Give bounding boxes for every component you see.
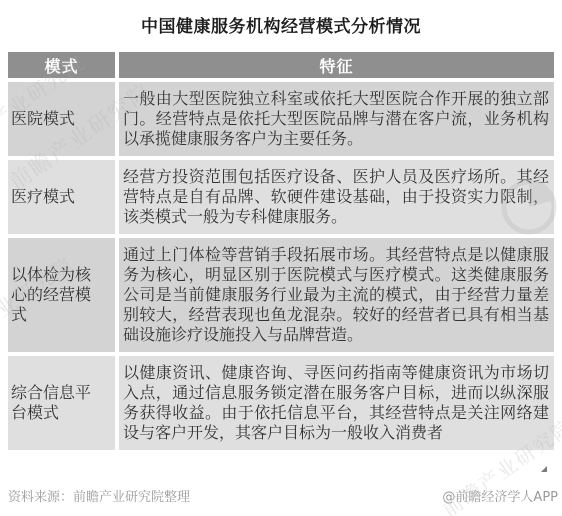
table-row-checkup-core-model: 以体检为核心的经营模式 通过上门体检等营销手段拓展市场。其经营特点是以健康服务为…	[8, 238, 554, 352]
column-header-feature: 特征	[119, 52, 554, 78]
corner-mark	[541, 466, 547, 472]
feature-cell: 经营方投资范围包括医疗设备、医护人员及医疗场所。其经营特点是自有品牌、软硬件建设…	[119, 160, 554, 234]
table-row-medical-model: 医疗模式 经营方投资范围包括医疗设备、医护人员及医疗场所。其经营特点是自有品牌、…	[8, 160, 554, 234]
table-header-row: 模式 特征	[8, 52, 554, 78]
feature-cell: 以健康资讯、健康咨询、寻医问药指南等健康资讯为市场切入点，通过信息服务锁定潜在服…	[119, 356, 554, 450]
footer: 资料来源：前瞻产业研究院整理 @前瞻经济学人APP	[8, 486, 558, 505]
infographic-page: 前瞻产业研究院 前瞻产业研究院 前瞻产业研究院 前瞻产业研究院 中国健康服务机构…	[0, 0, 562, 516]
feature-cell: 一般由大型医院独立科室或依托大型医院合作开展的独立部门。经营特点是依托大型医院品…	[119, 82, 554, 156]
table-row-info-platform-model: 综合信息平台模式 以健康资讯、健康咨询、寻医问药指南等健康资讯为市场切入点，通过…	[8, 356, 554, 450]
app-credit: @前瞻经济学人APP	[442, 486, 558, 505]
mode-cell: 医疗模式	[8, 160, 115, 234]
column-header-mode: 模式	[8, 52, 115, 78]
mode-cell: 以体检为核心的经营模式	[8, 238, 115, 352]
mode-cell: 医院模式	[8, 82, 115, 156]
page-title: 中国健康服务机构经营模式分析情况	[0, 12, 562, 37]
table-row-hospital-model: 医院模式 一般由大型医院独立科室或依托大型医院合作开展的独立部门。经营特点是依托…	[8, 82, 554, 156]
source-note: 资料来源：前瞻产业研究院整理	[8, 486, 190, 505]
feature-cell: 通过上门体检等营销手段拓展市场。其经营特点是以健康服务为核心，明显区别于医院模式…	[119, 238, 554, 352]
analysis-table: 模式 特征 医院模式 一般由大型医院独立科室或依托大型医院合作开展的独立部门。经…	[8, 52, 554, 454]
mode-cell: 综合信息平台模式	[8, 356, 115, 450]
